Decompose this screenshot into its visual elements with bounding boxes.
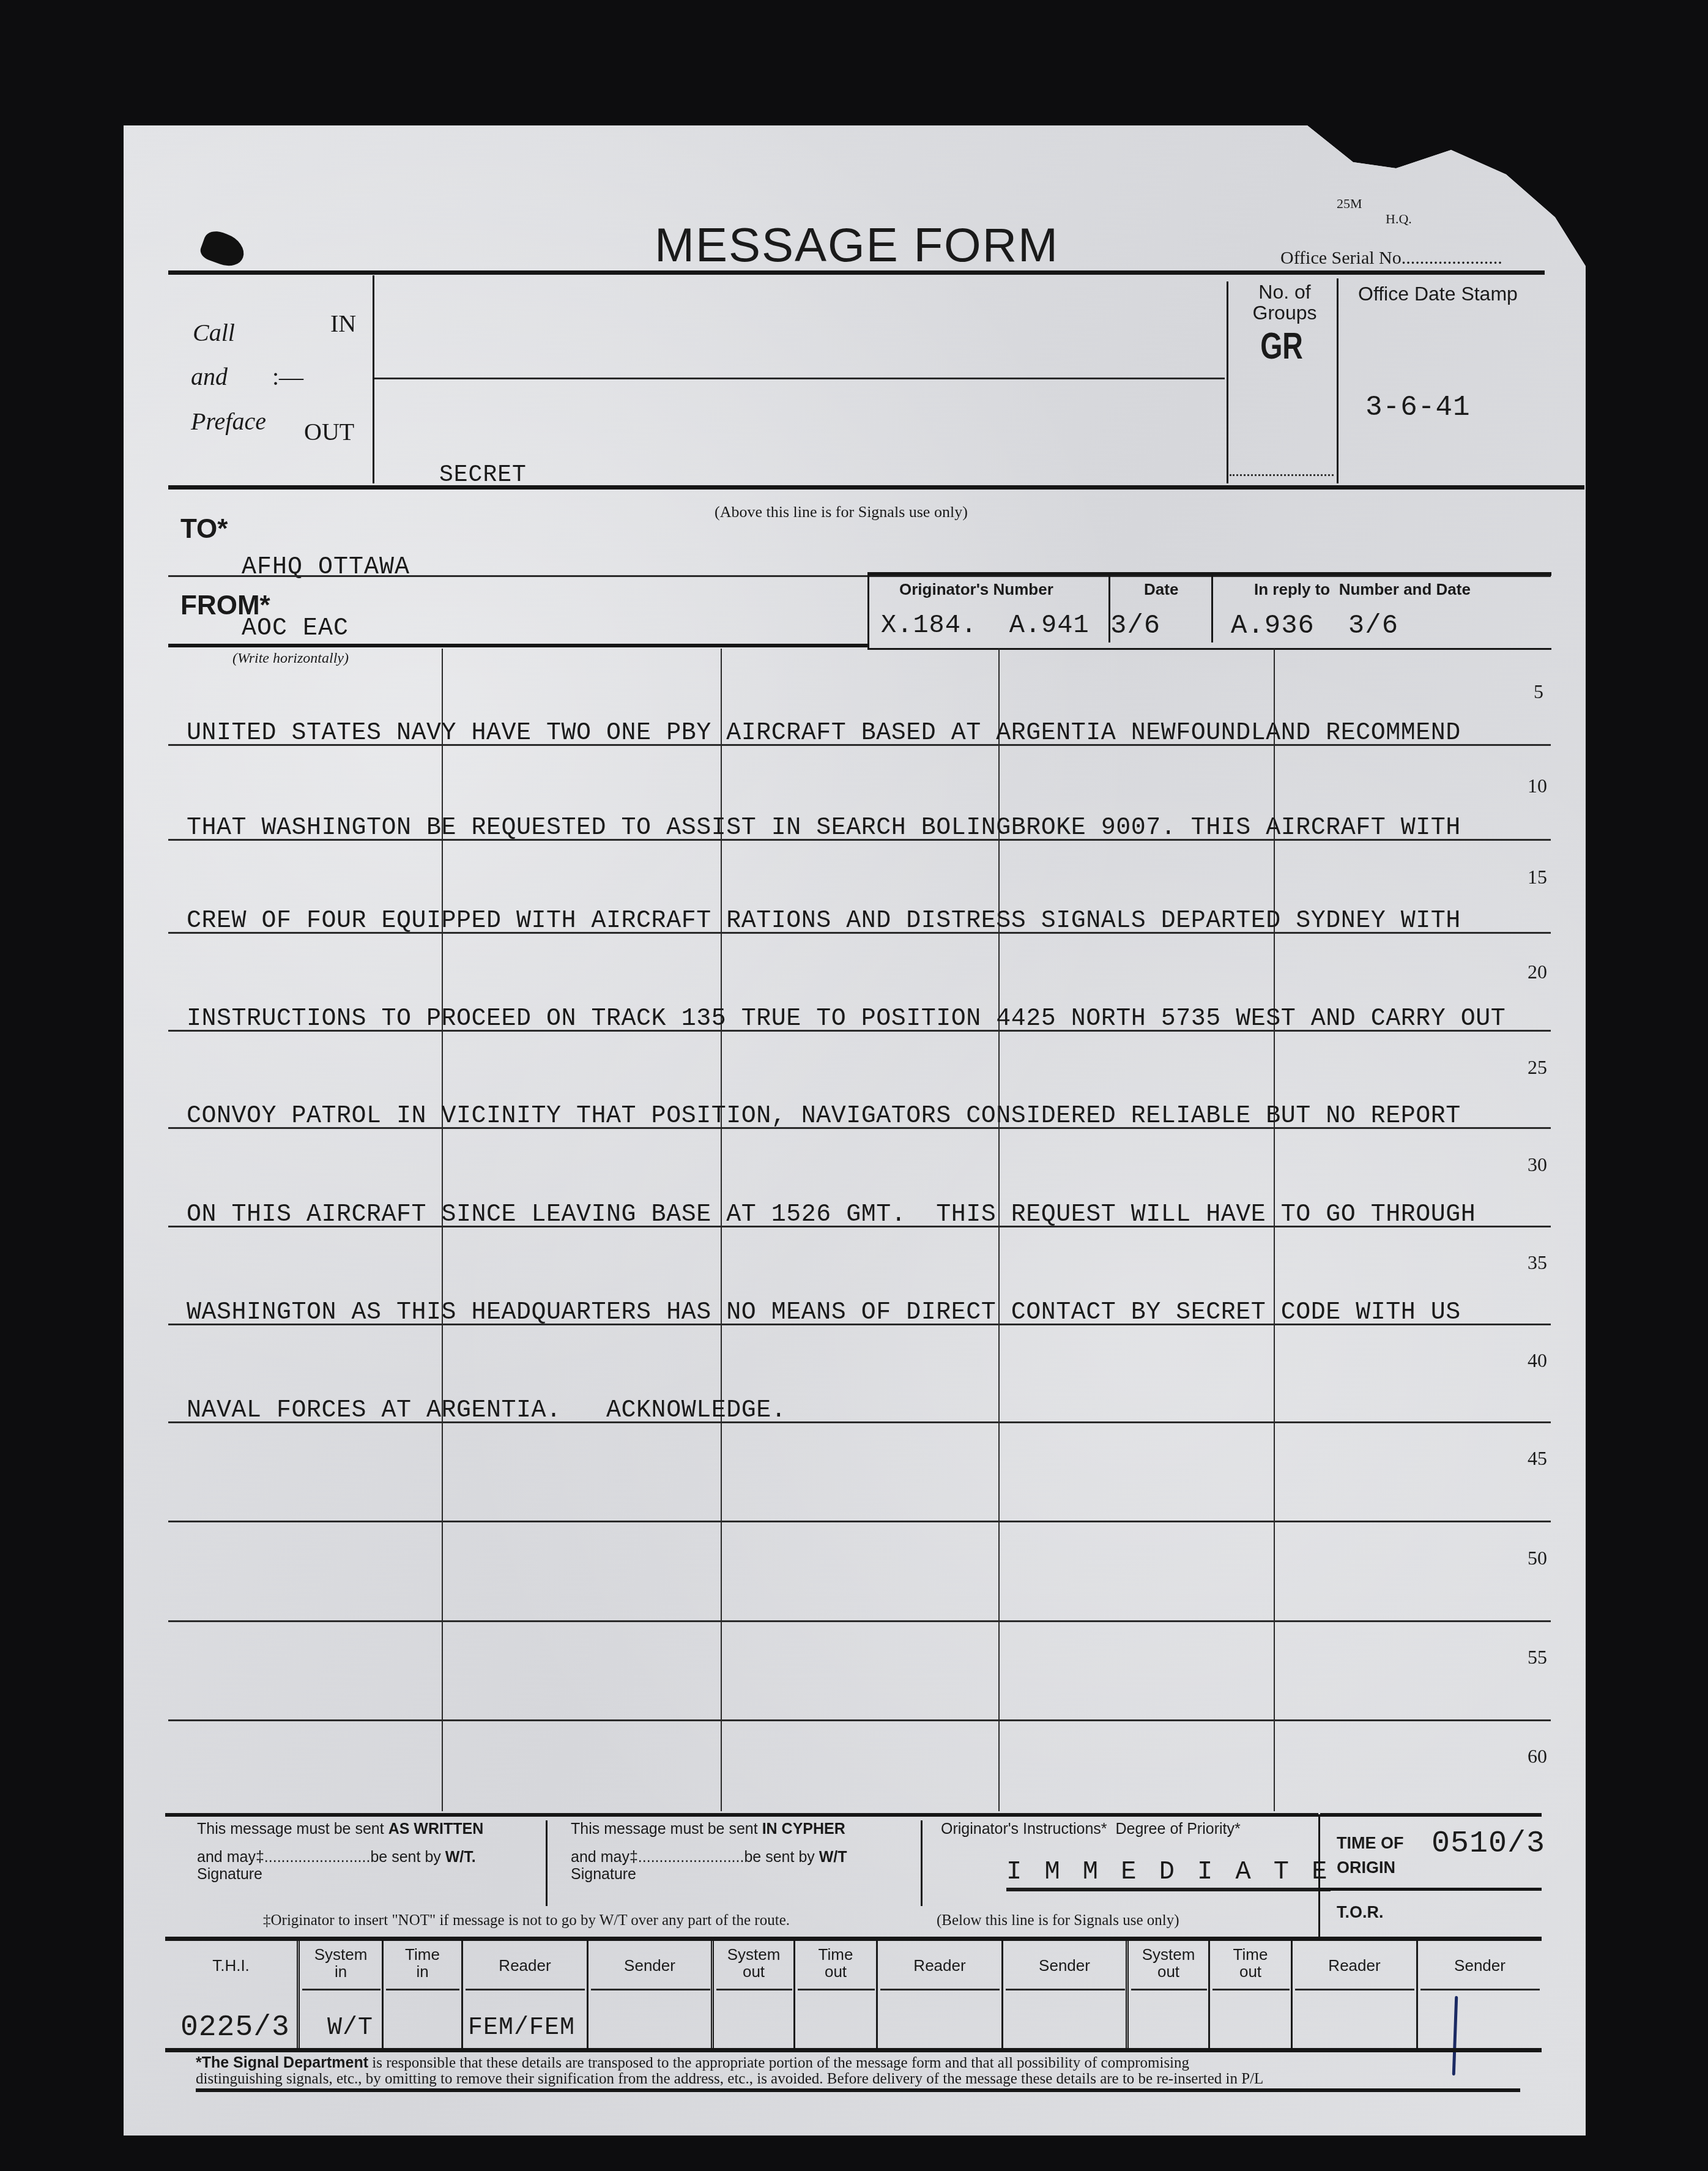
signature-label-1: Signature <box>197 1866 483 1883</box>
signals-col: Sender <box>589 1941 714 2048</box>
body-line: 60 <box>168 1745 1551 1819</box>
colon-dash: :— <box>272 362 303 391</box>
signal-department-note: *The Signal Department is responsible th… <box>196 2055 1542 2087</box>
groups-label: No. of Groups <box>1239 281 1331 323</box>
groups-right-divider <box>1337 278 1339 483</box>
signals-col: Reader <box>1293 1941 1418 2048</box>
call-out-field[interactable] <box>374 381 1225 480</box>
cell-rule <box>1006 1989 1125 1990</box>
body-rule <box>168 1030 1551 1032</box>
body-line: THAT WASHINGTON BE REQUESTED TO ASSIST I… <box>168 771 1551 869</box>
body-rule <box>168 1521 1551 1522</box>
body-line: 55 <box>168 1646 1551 1744</box>
cell-rule <box>1212 1989 1290 1990</box>
time-of-origin-label-2: ORIGIN <box>1337 1855 1404 1880</box>
body-line: NAVAL FORCES AT ARGENTIA. ACKNOWLEDGE. 4… <box>168 1349 1551 1447</box>
preface-label: Preface <box>191 407 266 436</box>
body-line: CREW OF FOUR EQUIPPED WITH AIRCRAFT RATI… <box>168 866 1551 964</box>
line-number: 45 <box>1528 1447 1551 1470</box>
originator-instructions-label: Originator's Instructions* Degree of Pri… <box>941 1820 1241 1838</box>
signals-header-system-out: System out <box>714 1941 793 1980</box>
tor-field[interactable] <box>1407 1897 1535 1927</box>
signals-col: Reader <box>878 1941 1003 2048</box>
body-rule <box>168 1719 1551 1721</box>
body-line: UNITED STATES NAVY HAVE TWO ONE PBY AIRC… <box>168 673 1551 771</box>
body-rule <box>168 744 1551 746</box>
signals-col: T.H.I. 0225/3 <box>165 1941 300 2048</box>
signals-col: Sender <box>1003 1941 1129 2048</box>
office-serial-number-field[interactable]: Office Serial No...................... <box>1280 248 1502 269</box>
signals-col: System out <box>714 1941 795 2048</box>
body-line-text: NAVAL FORCES AT ARGENTIA. ACKNOWLEDGE. <box>187 1397 786 1424</box>
as-written-prefix: This message must be sent <box>197 1820 388 1838</box>
write-horizontally-note: (Write horizontally) <box>232 650 349 667</box>
body-rule <box>168 1421 1551 1423</box>
signals-above-note: (Above this line is for Signals use only… <box>715 503 968 521</box>
tor-rule <box>1320 1888 1542 1891</box>
body-line: ON THIS AIRCRAFT SINCE LEAVING BASE AT 1… <box>168 1153 1551 1251</box>
cell-rule <box>798 1989 875 1990</box>
groups-label-line1: No. of <box>1239 281 1331 302</box>
signals-header-sender-2: Sender <box>1003 1941 1126 1974</box>
cell-rule <box>716 1989 792 1990</box>
in-reply-value[interactable]: A.936 3/6 <box>1231 611 1398 641</box>
signals-header-system-in: System in <box>300 1941 382 1980</box>
body-line-text: ON THIS AIRCRAFT SINCE LEAVING BASE AT 1… <box>187 1201 1476 1229</box>
cell-rule <box>1131 1989 1207 1990</box>
signals-header-thi: T.H.I. <box>165 1941 297 1974</box>
instructions-divider-2 <box>921 1820 923 1906</box>
as-written-wt: W/T. <box>445 1849 476 1866</box>
signals-header-time-in: Time in <box>384 1941 461 1980</box>
signals-col: Sender <box>1418 1941 1542 2048</box>
as-written-bold: AS WRITTEN <box>388 1820 484 1838</box>
cell-rule <box>302 1989 381 1990</box>
line-number: 50 <box>1528 1547 1551 1570</box>
body-line-text: THAT WASHINGTON BE REQUESTED TO ASSIST I… <box>187 814 1461 842</box>
cell-rule <box>1295 1989 1414 1990</box>
cypher-signature-field[interactable] <box>636 1848 765 1866</box>
body-rule <box>168 1127 1551 1129</box>
signals-header-reader-2: Reader <box>878 1941 1001 1974</box>
call-in-field[interactable] <box>374 277 1225 376</box>
priority-value[interactable]: I M M E D I A T E <box>1006 1857 1331 1891</box>
time-of-origin-label-1: TIME OF <box>1337 1831 1404 1855</box>
time-origin-top-rule <box>1320 1813 1542 1817</box>
cell-rule <box>591 1989 710 1990</box>
line-number: 60 <box>1528 1745 1551 1768</box>
line-number: 35 <box>1528 1251 1551 1274</box>
signals-rule <box>168 485 1584 490</box>
groups-left-divider <box>1227 281 1228 483</box>
cell-rule <box>1420 1989 1540 1990</box>
system-in-value[interactable]: W/T <box>327 2014 373 2042</box>
date-label: Date <box>1144 580 1178 599</box>
groups-dotted-field[interactable] <box>1230 474 1334 476</box>
groups-code: GR <box>1259 324 1305 368</box>
date-reply-divider <box>1211 575 1213 642</box>
office-date-stamp-value: 3-6-41 <box>1365 392 1471 423</box>
cell-rule <box>386 1989 459 1990</box>
signals-col: System in W/T <box>300 1941 384 2048</box>
signals-header-system-out-2: System out <box>1129 1941 1208 1980</box>
print-code: 25M <box>1337 196 1362 212</box>
reader-value[interactable]: FEM/FEM <box>468 2014 575 2042</box>
line-number: 40 <box>1528 1349 1551 1372</box>
date-value[interactable]: 3/6 <box>1110 611 1160 641</box>
line-number: 20 <box>1528 961 1551 983</box>
body-line: CONVOY PATROL IN VICINITY THAT POSITION,… <box>168 1056 1551 1153</box>
call-label: Call <box>193 318 235 347</box>
tor-label: T.O.R. <box>1337 1903 1384 1922</box>
originators-number-value[interactable]: X.184. A.941 <box>881 611 1090 640</box>
as-written-line: This message must be sent AS WRITTEN <box>197 1820 483 1838</box>
time-of-origin-value[interactable]: 0510/3 <box>1431 1827 1545 1861</box>
signals-header-sender: Sender <box>589 1941 711 1974</box>
to-label: TO* <box>180 514 228 545</box>
in-reply-label: In reply to Number and Date <box>1254 580 1471 599</box>
signals-col: Time out <box>795 1941 878 2048</box>
print-code-hq: H.Q. <box>1386 211 1412 227</box>
body-line-text: WASHINGTON AS THIS HEADQUARTERS HAS NO M… <box>187 1299 1461 1327</box>
body-line-text: UNITED STATES NAVY HAVE TWO ONE PBY AIRC… <box>187 720 1461 747</box>
footer-text-1: is responsible that these details are tr… <box>368 2055 1189 2071</box>
from-underline <box>168 644 869 647</box>
line-number: 10 <box>1528 775 1551 797</box>
cypher-prefix: This message must be sent <box>571 1820 762 1838</box>
cypher-line: This message must be sent IN CYPHER <box>571 1820 847 1838</box>
top-rule <box>168 270 1545 275</box>
signals-header-reader-3: Reader <box>1293 1941 1416 1974</box>
body-line-text: CONVOY PATROL IN VICINITY THAT POSITION,… <box>187 1103 1461 1130</box>
signals-header-time-out-2: Time out <box>1210 1941 1291 1980</box>
originators-number-label: Originator's Number <box>899 580 1053 599</box>
body-line: WASHINGTON AS THIS HEADQUARTERS HAS NO M… <box>168 1251 1551 1349</box>
in-label: IN <box>330 309 356 338</box>
signals-table-top-rule <box>165 1937 1542 1941</box>
line-number: 25 <box>1528 1056 1551 1079</box>
time-of-origin-label: TIME OF ORIGIN <box>1337 1831 1404 1880</box>
line-number: 5 <box>1534 680 1551 703</box>
body-line: 45 <box>168 1447 1551 1545</box>
instructions-top-rule <box>165 1813 1318 1817</box>
and-label: and <box>191 362 228 391</box>
body-line: INSTRUCTIONS TO PROCEED ON TRACK 135 TRU… <box>168 961 1551 1059</box>
body-rule <box>168 1620 1551 1622</box>
cell-rule <box>466 1989 585 1990</box>
footer-line-2: distinguishing signals, etc., by omittin… <box>196 2071 1542 2087</box>
body-rule <box>168 932 1551 934</box>
signals-col: Time in <box>384 1941 463 2048</box>
in-out-divider <box>374 378 1225 379</box>
footer-bottom-rule <box>196 2088 1520 2092</box>
signals-col: Time out <box>1210 1941 1293 2048</box>
time-origin-divider <box>1318 1814 1320 1937</box>
groups-label-line2: Groups <box>1239 302 1331 323</box>
body-line-text: INSTRUCTIONS TO PROCEED ON TRACK 135 TRU… <box>187 1005 1506 1033</box>
form-title: MESSAGE FORM <box>655 217 1059 273</box>
signals-header-reader: Reader <box>463 1941 587 1974</box>
signature-label-2: Signature <box>571 1866 847 1883</box>
to-value[interactable]: AFHQ OTTAWA <box>242 554 410 581</box>
cypher-bold: IN CYPHER <box>762 1820 845 1838</box>
line-number: 15 <box>1528 866 1551 888</box>
body-rule <box>168 1324 1551 1325</box>
cell-rule <box>880 1989 1000 1990</box>
signals-table: T.H.I. 0225/3 System in W/T Time in Read… <box>165 1941 1542 2048</box>
signals-table-bottom-rule <box>165 2048 1542 2052</box>
signals-col: System out <box>1129 1941 1210 2048</box>
signals-col: Reader FEM/FEM <box>463 1941 589 2048</box>
signals-header-time-out: Time out <box>795 1941 876 1980</box>
footer-bold-lead: *The Signal Department <box>196 2054 368 2071</box>
body-rule <box>168 839 1551 841</box>
cypher-wt: W/T <box>819 1849 847 1866</box>
signals-header-sender-3: Sender <box>1418 1941 1542 1974</box>
body-line-text: CREW OF FOUR EQUIPPED WITH AIRCRAFT RATI… <box>187 907 1461 935</box>
line-number: 55 <box>1528 1646 1551 1669</box>
line-number: 30 <box>1528 1153 1551 1176</box>
instructions-divider-1 <box>546 1820 548 1906</box>
as-written-signature-field[interactable] <box>263 1848 392 1866</box>
out-label: OUT <box>304 417 354 446</box>
from-value[interactable]: AOC EAC <box>242 615 349 642</box>
footer-line-1: *The Signal Department is responsible th… <box>196 2055 1542 2071</box>
body-line: 50 <box>168 1547 1551 1645</box>
signals-below-note: (Below this line is for Signals use only… <box>937 1912 1179 1929</box>
body-rule <box>168 1226 1551 1227</box>
thi-value[interactable]: 0225/3 <box>180 2011 290 2044</box>
office-date-stamp-label: Office Date Stamp <box>1358 283 1518 305</box>
wt-footnote: ‡Originator to insert "NOT" if message i… <box>263 1912 790 1929</box>
